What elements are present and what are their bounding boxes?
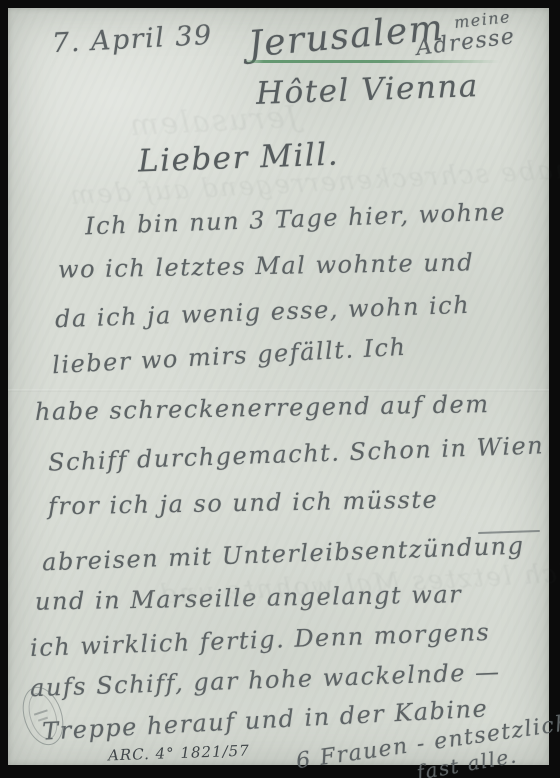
- letter-hotel: Hôtel Vienna: [255, 68, 479, 112]
- green-underline: [246, 60, 500, 63]
- letter-body-line: da ich ja wenig esse, wohn ich: [55, 291, 471, 333]
- letter-body-line: Schiff durchgemacht. Schon in Wien: [48, 431, 545, 476]
- scan-background: Jerusalem habe schreckenerregend auf dem…: [0, 0, 560, 778]
- letter-body-line: fror ich ja so und ich müsste: [48, 486, 439, 521]
- letter-body-line: lieber wo mirs gefällt. Ich: [52, 333, 408, 380]
- letter-salutation: Lieber Mill.: [137, 137, 339, 180]
- archive-shelfmark: ARC. 4° 1821/57: [108, 742, 250, 765]
- letter-body-line: aufs Schiff, gar hohe wackelnde —: [30, 658, 501, 702]
- letter-body-line: ich wirklich fertig. Denn morgens: [30, 618, 491, 662]
- letter-page: Jerusalem habe schreckenerregend auf dem…: [8, 8, 549, 765]
- letter-body-line: wo ich letztes Mal wohnte und: [58, 248, 475, 283]
- letter-body-line: und in Marseille angelangt war: [35, 580, 463, 615]
- letter-body-line: habe schreckenerregend auf dem: [35, 390, 490, 426]
- letter-date: 7. April 39: [51, 20, 213, 59]
